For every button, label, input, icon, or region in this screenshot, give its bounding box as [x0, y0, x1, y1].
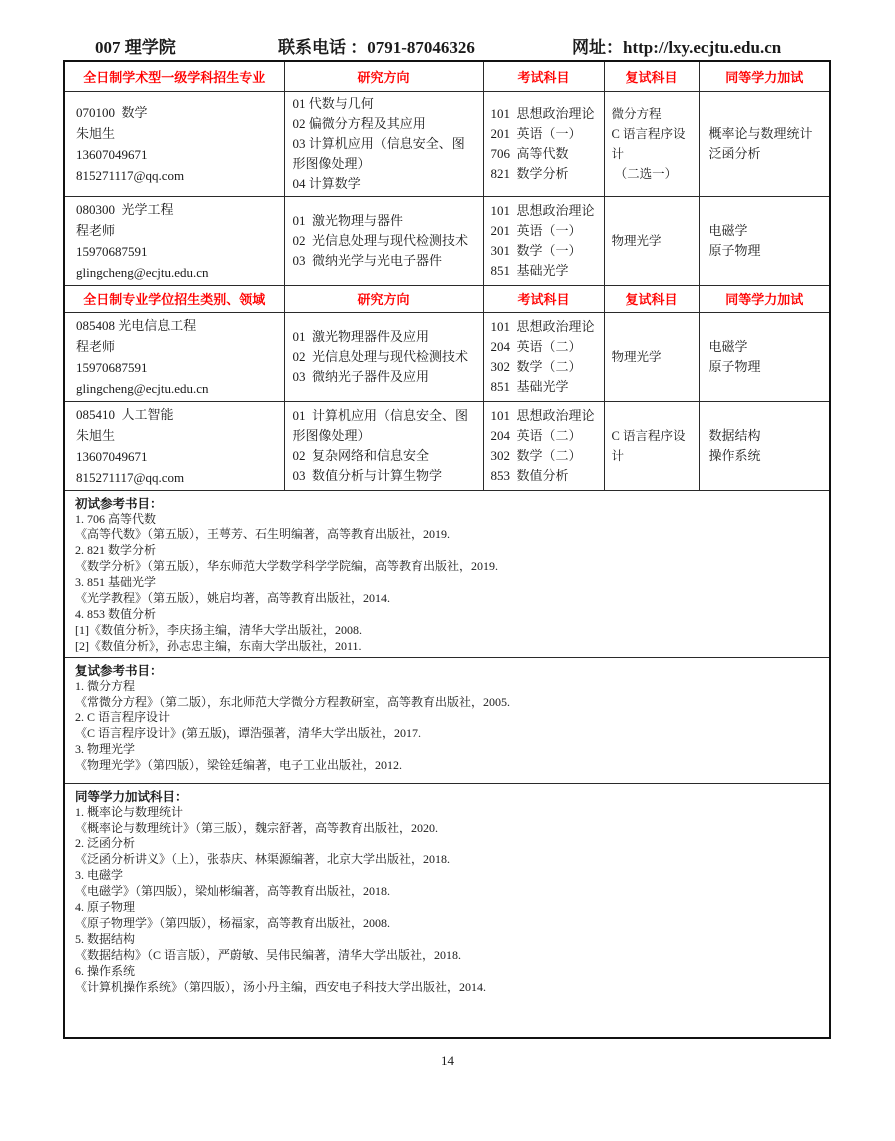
program-info: 085410 人工智能 朱旭生 13607049671 815271117@qq… [76, 404, 278, 488]
retest-books-cell: 复试参考书目： 1. 微分方程 《常微分方程》（第二版），东北师范大学微分方程教… [64, 657, 830, 783]
book-list: 1. 概率论与数理统计 《概率论与数理统计》（第三版），魏宗舒著，高等教育出版社… [75, 805, 819, 996]
admissions-table: 全日制学术型一级学科招生专业 研究方向 考试科目 复试科目 同等学力加试 070… [63, 60, 831, 1039]
retest-subjects: C 语言程序设计 [612, 426, 696, 466]
professional-section-header-row: 全日制专业学位招生类别、领域 研究方向 考试科目 复试科目 同等学力加试 [64, 285, 830, 312]
document-page: 007 理学院 联系电话 ：0791-87046326 网址：http://lx… [0, 0, 895, 1141]
section-retest-books: 复试参考书目： 1. 微分方程 《常微分方程》（第二版），东北师范大学微分方程教… [64, 657, 830, 783]
section-title: 初试参考书目： [75, 496, 819, 512]
page-header: 007 理学院 联系电话 ：0791-87046326 网址：http://lx… [0, 33, 895, 57]
retest-subjects: 微分方程 C 语言程序设计 （二选一） [612, 104, 696, 184]
table-row-optical-engineering: 080300 光学工程 程老师 15970687591 glingcheng@e… [64, 196, 830, 285]
col-header-research-directions: 研究方向 [284, 285, 483, 312]
col-header-exam-subjects: 考试科目 [483, 61, 604, 91]
table-row-artificial-intelligence: 085410 人工智能 朱旭生 13607049671 815271117@qq… [64, 401, 830, 490]
equivalency-books-cell: 同等学力加试科目： 1. 概率论与数理统计 《概率论与数理统计》（第三版），魏宗… [64, 783, 830, 1038]
equivalency-subjects: 数据结构 操作系统 [709, 426, 824, 466]
program-info: 080300 光学工程 程老师 15970687591 glingcheng@e… [76, 199, 278, 283]
col-header-academic-programs: 全日制学术型一级学科招生专业 [64, 61, 284, 91]
exam-subjects-cell: 101 思想政治理论 204 英语（二） 302 数学（二） 851 基础光学 [483, 312, 604, 401]
research-directions: 01 计算机应用（信息安全、图形图像处理） 02 复杂网络和信息安全 03 数值… [293, 406, 477, 486]
research-directions: 01 激光物理与器件 02 光信息处理与现代检测技术 03 微纳光学与光电子器件 [293, 211, 477, 271]
retest-subjects-cell: 物理光学 [604, 196, 699, 285]
section-title: 同等学力加试科目： [75, 789, 819, 805]
col-header-equivalency-test: 同等学力加试 [699, 285, 830, 312]
research-directions: 01 激光物理器件及应用 02 光信息处理与现代检测技术 03 微纳光子器件及应… [293, 327, 477, 387]
directions-cell: 01 激光物理与器件 02 光信息处理与现代检测技术 03 微纳光学与光电子器件 [284, 196, 483, 285]
col-header-equivalency-test: 同等学力加试 [699, 61, 830, 91]
retest-subjects-cell: 物理光学 [604, 312, 699, 401]
equivalency-test-cell: 电磁学 原子物理 [699, 196, 830, 285]
retest-subjects-cell: 微分方程 C 语言程序设计 （二选一） [604, 91, 699, 196]
academic-section-header-row: 全日制学术型一级学科招生专业 研究方向 考试科目 复试科目 同等学力加试 [64, 61, 830, 91]
book-list: 1. 706 高等代数 《高等代数》（第五版），王萼芳、石生明编著，高等教育出版… [75, 512, 819, 655]
exam-subjects: 101 思想政治理论 201 英语（一） 706 高等代数 821 数学分析 [491, 104, 601, 184]
retest-subjects: 物理光学 [612, 347, 696, 367]
section-title: 复试参考书目： [75, 663, 819, 679]
book-list: 1. 微分方程 《常微分方程》（第二版），东北师范大学微分方程教研室，高等教育出… [75, 679, 819, 774]
exam-subjects: 101 思想政治理论 201 英语（一） 301 数学（一） 851 基础光学 [491, 201, 601, 281]
research-directions: 01 代数与几何 02 偏微分方程及其应用 03 计算机应用（信息安全、图形图像… [293, 94, 477, 194]
program-cell: 085410 人工智能 朱旭生 13607049671 815271117@qq… [64, 401, 284, 490]
equivalency-subjects: 电磁学 原子物理 [709, 337, 824, 377]
program-cell: 070100 数学 朱旭生 13607049671 815271117@qq.c… [64, 91, 284, 196]
program-cell: 085408 光电信息工程 程老师 15970687591 glingcheng… [64, 312, 284, 401]
col-header-retest-subjects: 复试科目 [604, 285, 699, 312]
program-info: 070100 数学 朱旭生 13607049671 815271117@qq.c… [76, 102, 278, 186]
retest-subjects-cell: C 语言程序设计 [604, 401, 699, 490]
col-header-professional-programs: 全日制专业学位招生类别、领域 [64, 285, 284, 312]
program-cell: 080300 光学工程 程老师 15970687591 glingcheng@e… [64, 196, 284, 285]
directions-cell: 01 代数与几何 02 偏微分方程及其应用 03 计算机应用（信息安全、图形图像… [284, 91, 483, 196]
equivalency-subjects: 概率论与数理统计 泛函分析 [709, 124, 824, 164]
col-header-research-directions: 研究方向 [284, 61, 483, 91]
table-row-mathematics: 070100 数学 朱旭生 13607049671 815271117@qq.c… [64, 91, 830, 196]
exam-subjects-cell: 101 思想政治理论 201 英语（一） 706 高等代数 821 数学分析 [483, 91, 604, 196]
page-number: 14 [0, 1053, 895, 1069]
retest-subjects: 物理光学 [612, 231, 696, 251]
contact-phone: 联系电话 ：0791-87046326 [278, 33, 475, 58]
program-info: 085408 光电信息工程 程老师 15970687591 glingcheng… [76, 315, 278, 399]
exam-subjects-cell: 101 思想政治理论 201 英语（一） 301 数学（一） 851 基础光学 [483, 196, 604, 285]
exam-subjects-cell: 101 思想政治理论 204 英语（二） 302 数学（二） 853 数值分析 [483, 401, 604, 490]
directions-cell: 01 激光物理器件及应用 02 光信息处理与现代检测技术 03 微纳光子器件及应… [284, 312, 483, 401]
exam-subjects: 101 思想政治理论 204 英语（二） 302 数学（二） 851 基础光学 [491, 317, 601, 397]
website-url: 网址：http://lxy.ecjtu.edu.cn [572, 33, 781, 58]
college-code-title: 007 理学院 [95, 33, 176, 58]
equivalency-test-cell: 概率论与数理统计 泛函分析 [699, 91, 830, 196]
section-initial-exam-books: 初试参考书目： 1. 706 高等代数 《高等代数》（第五版），王萼芳、石生明编… [64, 490, 830, 657]
equivalency-test-cell: 电磁学 原子物理 [699, 312, 830, 401]
table-row-optoelectronic-info-engineering: 085408 光电信息工程 程老师 15970687591 glingcheng… [64, 312, 830, 401]
col-header-retest-subjects: 复试科目 [604, 61, 699, 91]
col-header-exam-subjects: 考试科目 [483, 285, 604, 312]
equivalency-subjects: 电磁学 原子物理 [709, 221, 824, 261]
section-equivalency-test-books: 同等学力加试科目： 1. 概率论与数理统计 《概率论与数理统计》（第三版），魏宗… [64, 783, 830, 1038]
initial-exam-books-cell: 初试参考书目： 1. 706 高等代数 《高等代数》（第五版），王萼芳、石生明编… [64, 490, 830, 657]
exam-subjects: 101 思想政治理论 204 英语（二） 302 数学（二） 853 数值分析 [491, 406, 601, 486]
directions-cell: 01 计算机应用（信息安全、图形图像处理） 02 复杂网络和信息安全 03 数值… [284, 401, 483, 490]
equivalency-test-cell: 数据结构 操作系统 [699, 401, 830, 490]
